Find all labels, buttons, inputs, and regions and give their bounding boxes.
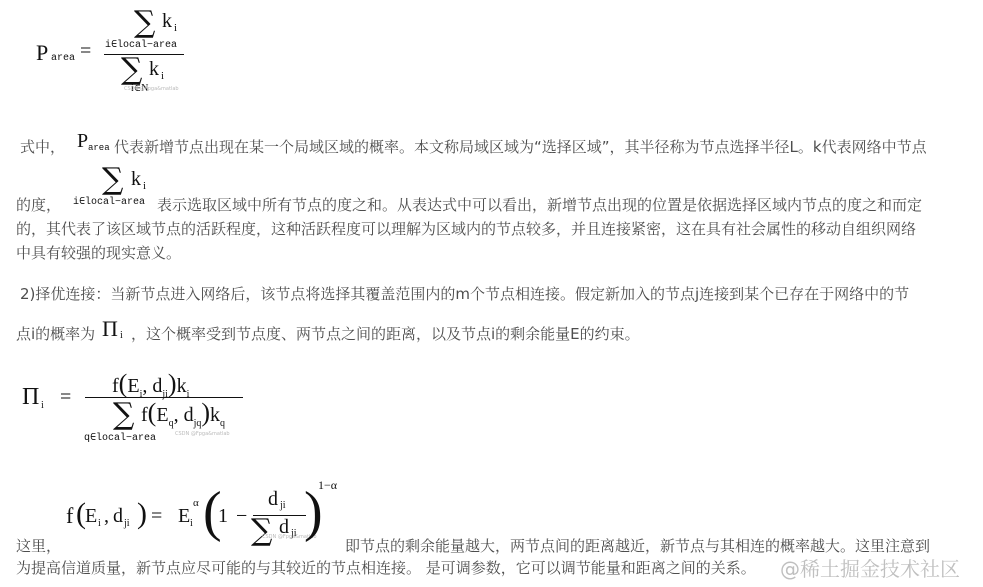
site-watermark: @稀土掘金技术社区 xyxy=(780,553,960,582)
formula3-minus: − xyxy=(236,505,247,528)
p3-line2: 为提高信道质量，新节点应尽可能的与其较近的节点相连接。 是可调参数，它可以调节能… xyxy=(16,561,756,576)
formula2-watermark: CSDN @Fpga&matlab xyxy=(175,431,230,437)
formula3-frac-num: d xyxy=(268,488,278,511)
formula1-watermark: CSDN @Fpga&matlab xyxy=(124,86,179,92)
formula1-den-sum: ∑ xyxy=(121,55,142,85)
formula3-rhs-E: E xyxy=(178,505,190,528)
formula3-frac-den-sum: ∑ xyxy=(251,516,272,546)
formula3-lhs-E-sub: i xyxy=(98,518,101,529)
formula1-equals: = xyxy=(80,40,91,63)
p1-inline-sum: ∑ xyxy=(102,165,123,195)
formula1-num-term-sub: i xyxy=(174,22,177,34)
p2-line1: 2)择优连接：当新节点进入网络后，该节点将选择其覆盖范围内的m个节点相连接。假定… xyxy=(20,287,909,302)
p1-line1-text: 代表新增节点出现在某一个局域区域的概率。本文称局域区域为“选择区域”，其半径称为… xyxy=(114,140,927,155)
p1-line2-prefix: 的度， xyxy=(16,198,61,213)
formula3-exponent: 1−α xyxy=(318,478,337,493)
p1-line1-prefix: 式中， xyxy=(20,140,65,155)
p1-line2-text: 表示选取区域中所有节点的度之和。从表达式中可以看出，新增节点出现的位置是依据选择… xyxy=(157,198,922,213)
formula3-comma: , xyxy=(104,505,109,528)
formula3-one: 1 xyxy=(218,505,228,528)
formula3-lhs-close-paren: ) xyxy=(137,497,147,531)
formula3-lhs-d-sub: ji xyxy=(124,518,130,529)
formula3-lhs-d: d xyxy=(113,505,123,528)
formula1-num-sum: ∑ xyxy=(134,8,155,38)
p2-line2-text: ，这个概率受到节点度、两节点之间的距离，以及节点i的剩余能量E的约束。 xyxy=(131,327,640,342)
formula3-frac-num-sub: ji xyxy=(280,500,286,511)
formula3-equals: = xyxy=(151,505,162,528)
p1-inline-sum-index: i∈local−area xyxy=(73,196,145,208)
p1-line3: 的，其代表了该区域节点的活跃程度，这种活跃程度可以理解为区域内的节点较多，并且连… xyxy=(16,222,916,237)
formula1-fraction-line xyxy=(104,54,184,55)
p1-inline-sum-term: k xyxy=(131,168,141,191)
p2-inline-symbol-sub: i xyxy=(120,330,123,341)
p3-line1-prefix: 这里， xyxy=(16,539,61,554)
formula3-lhs-f: f xyxy=(66,503,73,529)
formula2-den-index: q∈local−area xyxy=(84,432,156,444)
p1-inline-symbol-sub: area xyxy=(88,143,110,153)
formula3-lhs-E: E xyxy=(85,505,97,528)
p3-line1-text: 即节点的剩余能量越大，两节点间的距离越近，新节点与其相连的概率越大。这里注意到 xyxy=(345,539,930,554)
formula2-numerator: f(Ei, dji)ki xyxy=(112,369,189,400)
formula2-den-sum: ∑ xyxy=(113,400,134,430)
formula1-num-term: k xyxy=(162,10,172,33)
formula2-equals: = xyxy=(60,386,71,409)
p1-inline-symbol: P xyxy=(77,130,88,153)
formula1-den-term: k xyxy=(149,58,159,81)
p1-inline-sum-term-sub: i xyxy=(143,180,146,192)
formula2-denominator: f(Eq, djq)kq xyxy=(141,398,225,429)
formula3-rhs-E-sub: i xyxy=(190,518,193,529)
formula1-den-term-sub: i xyxy=(161,70,164,82)
p2-inline-symbol: Π xyxy=(102,316,118,342)
formula2-lhs: Π xyxy=(22,384,39,411)
formula1-lhs-sub: area xyxy=(51,53,75,64)
formula1-num-index: i∈local−area xyxy=(105,39,177,51)
formula3-rhs-E-sup: α xyxy=(193,497,199,509)
p1-line4: 中具有较强的现实意义。 xyxy=(16,246,181,261)
p2-line2-prefix: 点i的概率为 xyxy=(16,327,95,342)
formula2-lhs-sub: i xyxy=(41,400,44,411)
formula1-lhs: P xyxy=(36,40,48,66)
